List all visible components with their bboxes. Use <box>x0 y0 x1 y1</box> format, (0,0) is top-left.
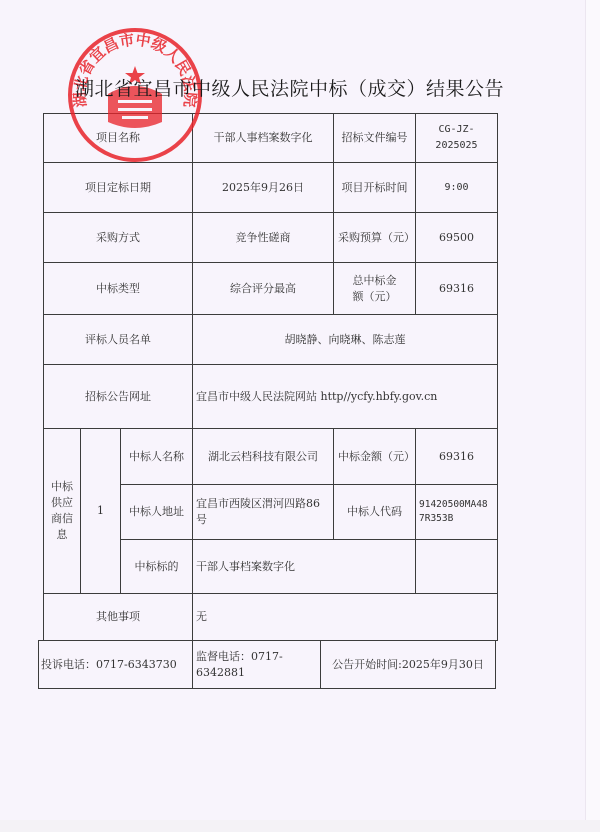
label-award-date: 项目定标日期 <box>43 162 193 213</box>
label-award-type: 中标类型 <box>43 262 193 315</box>
label-total-award-amount: 总中标金额（元） <box>333 262 416 315</box>
value-winner-code: 91420500MA487R353B <box>415 484 498 540</box>
label-procurement-method: 采购方式 <box>43 212 193 263</box>
label-winner-address: 中标人地址 <box>120 484 193 540</box>
value-award-date: 2025年9月26日 <box>192 162 334 213</box>
label-winner-amount: 中标金额（元） <box>333 428 416 485</box>
label-supplier-info: 中标供应商信息 <box>43 428 81 594</box>
value-project-name: 干部人事档案数字化 <box>192 113 334 163</box>
supplier-index: 1 <box>80 428 121 594</box>
value-tender-doc-no: CG-JZ-2025025 <box>415 113 498 163</box>
page-title: 湖北省宜昌市中级人民法院中标（成交）结果公告 <box>75 74 495 101</box>
label-tender-doc-no: 招标文件编号 <box>333 113 416 163</box>
empty-cell <box>415 539 498 594</box>
value-procurement-method: 竞争性磋商 <box>192 212 334 263</box>
label-other-matters: 其他事项 <box>43 593 193 641</box>
supervision-phone: 监督电话：0717-6342881 <box>192 640 321 689</box>
label-project-name: 项目名称 <box>43 113 193 163</box>
value-other-matters: 无 <box>192 593 498 641</box>
scan-artifact <box>0 820 600 832</box>
label-bid-opening-time: 项目开标时间 <box>333 162 416 213</box>
value-budget: 69500 <box>415 212 498 263</box>
label-evaluators: 评标人员名单 <box>43 314 193 365</box>
value-evaluators: 胡晓静、向晓琳、陈志莲 <box>192 314 498 365</box>
label-budget: 采购预算（元） <box>333 212 416 263</box>
label-announcement-url: 招标公告网址 <box>43 364 193 429</box>
value-total-award-amount: 69316 <box>415 262 498 315</box>
value-bid-opening-time: 9:00 <box>415 162 498 213</box>
label-winner-name: 中标人名称 <box>120 428 193 485</box>
page-edge <box>585 0 600 832</box>
label-winner-code: 中标人代码 <box>333 484 416 540</box>
value-award-subject: 干部人事档案数字化 <box>192 539 416 594</box>
label-award-subject: 中标标的 <box>120 539 193 594</box>
value-winner-amount: 69316 <box>415 428 498 485</box>
publish-date: 公告开始时间:2025年9月30日 <box>320 640 496 689</box>
value-award-type: 综合评分最高 <box>192 262 334 315</box>
value-winner-address: 宜昌市西陵区渭河四路86号 <box>192 484 334 540</box>
complaint-phone: 投诉电话：0717-6343730 <box>38 640 193 689</box>
value-winner-name: 湖北云档科技有限公司 <box>192 428 334 485</box>
value-announcement-url[interactable]: 宜昌市中级人民法院网站 http//ycfy.hbfy.gov.cn <box>192 364 498 429</box>
